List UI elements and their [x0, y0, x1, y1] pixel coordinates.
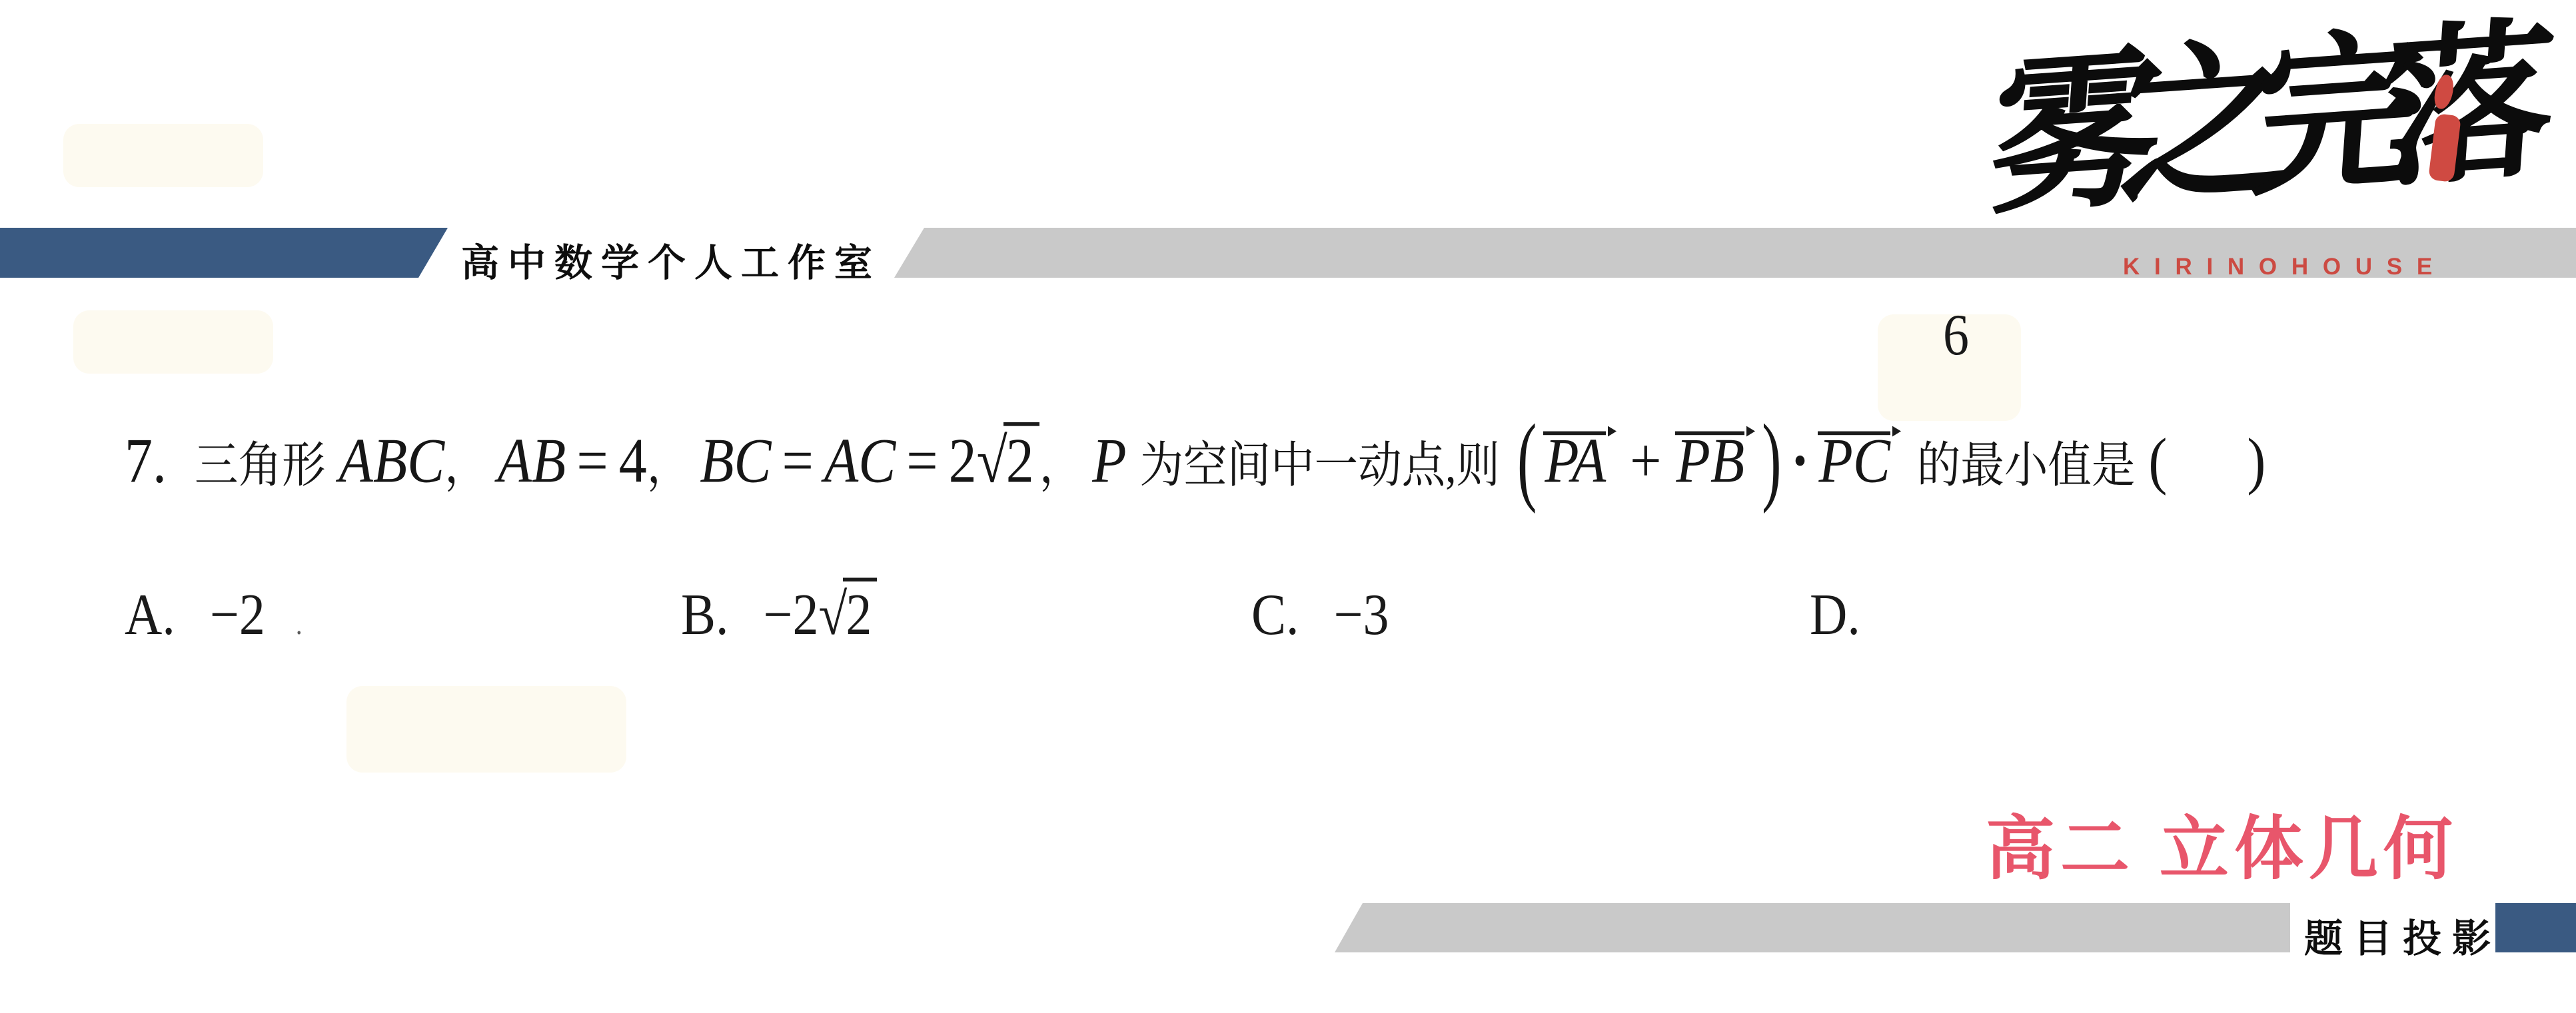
answer-blank-close: ): [2247, 426, 2265, 496]
equals-sign: =: [782, 426, 814, 496]
footer-blue-block: [2495, 903, 2576, 952]
page-number: 6: [1943, 301, 1969, 369]
option-c-label: C.: [1251, 581, 1299, 647]
plus-sign: +: [1630, 426, 1661, 496]
vector-pc: PC: [1819, 426, 1893, 498]
math-var-ab: AB: [498, 426, 566, 496]
studio-title: 高中数学个人工作室: [461, 232, 881, 287]
option-d: D.: [1810, 581, 1895, 649]
logo-subtitle: K I R I N O H O U S E: [2123, 254, 2436, 280]
vector-pb: PB: [1676, 426, 1748, 498]
footer-gray-parallelogram: [1335, 903, 2290, 952]
math-var-abc: ABC: [339, 426, 445, 496]
projection-label: 题目投影: [2304, 907, 2501, 963]
answer-blank-open: (: [2148, 426, 2167, 496]
course-label: 高二 立体几何: [1986, 793, 2458, 892]
scan-noise-blob: [63, 124, 263, 187]
option-b-square-root: √2: [819, 581, 878, 647]
option-c-value: −3: [1334, 581, 1389, 647]
right-parenthesis: ): [1762, 403, 1781, 517]
square-root: √2: [977, 426, 1039, 496]
radicand: 2: [1003, 422, 1039, 496]
scan-noise-blob: [73, 310, 273, 374]
slide: 高中数学个人工作室 雾之完落 K I R I N O H O U S E 6 7…: [0, 0, 2576, 1013]
problem-text-moving-point: 为空间中一动点,: [1140, 439, 1457, 493]
option-b: B.−2√2: [681, 581, 877, 649]
header-blue-parallelogram: [0, 228, 448, 278]
vector-pa: PA: [1545, 426, 1609, 498]
option-a-value: −2: [210, 581, 265, 647]
comma: ，: [444, 439, 488, 493]
option-a-label: A.: [125, 581, 175, 647]
option-c: C.−3: [1251, 581, 1389, 649]
problem-text-minimum: 的最小值是: [1917, 439, 2136, 493]
scan-noise-blob: [346, 686, 626, 773]
math-coefficient-two: 2: [949, 426, 977, 496]
radicand: 2: [843, 577, 877, 647]
option-d-label: D.: [1810, 581, 1860, 647]
left-parenthesis: (: [1517, 403, 1537, 517]
option-a-stray-dot: .: [296, 609, 303, 641]
comma: ，: [647, 439, 691, 493]
comma: ，: [1039, 439, 1083, 493]
option-b-value-prefix: −2: [764, 581, 819, 647]
option-a: A.−2.: [125, 581, 303, 649]
equals-sign: =: [906, 426, 938, 496]
problem-statement: 7.三角形ABC，AB=4，BC=AC=2√2，P为空间中一动点,则(PA+PB…: [125, 422, 2265, 499]
dot-product-sign: ·: [1791, 426, 1810, 496]
math-var-p: P: [1092, 426, 1126, 496]
math-var-bc: BC: [700, 426, 771, 496]
option-b-label: B.: [681, 581, 729, 647]
problem-text-then: 则: [1456, 439, 1500, 493]
math-var-ac: AC: [824, 426, 896, 496]
problem-number: 7.: [125, 426, 167, 496]
radical-sign: √: [977, 426, 1007, 496]
problem-text-triangle: 三角形: [195, 439, 326, 493]
math-value-four: 4: [619, 426, 647, 496]
equals-sign: =: [576, 426, 608, 496]
